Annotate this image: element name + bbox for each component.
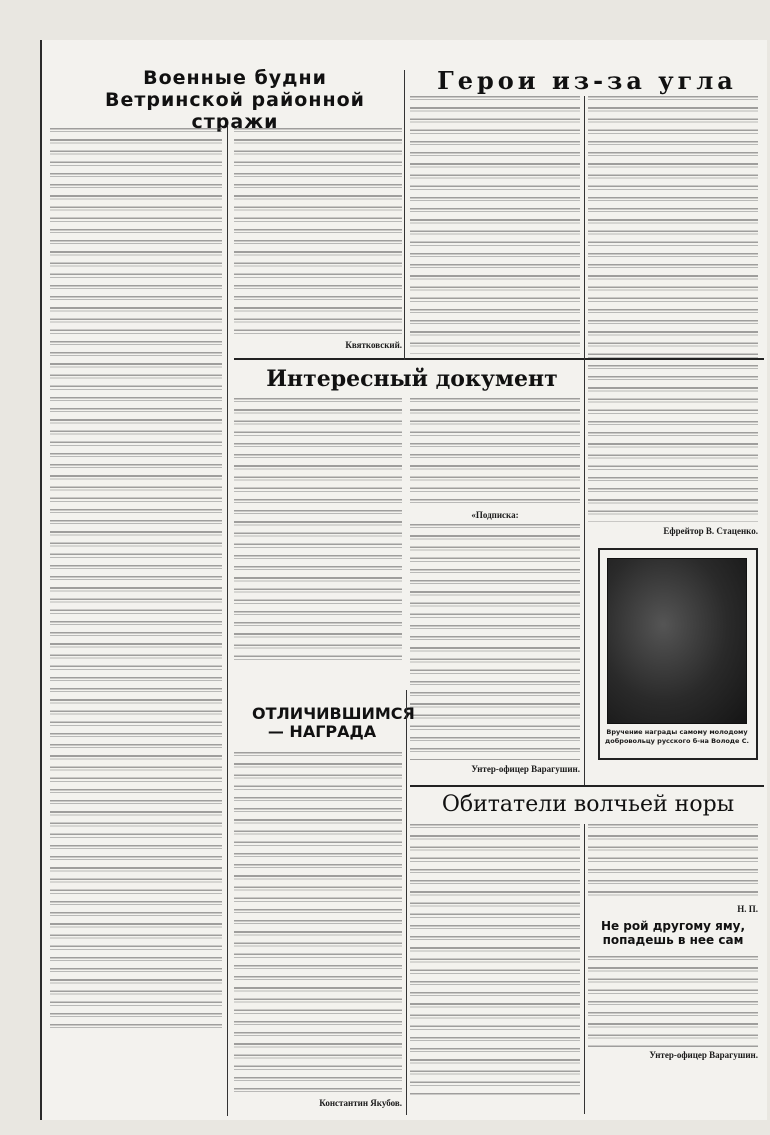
article-2-column-2 (588, 96, 758, 522)
article-5-column-1 (410, 824, 580, 1096)
article-6-byline: Унтер-офицер Варагушин. (588, 1050, 758, 1060)
article-3-column-2b (410, 524, 580, 760)
article-1-column-2 (234, 128, 402, 338)
article-3-subheading: «Подписка: (410, 510, 580, 520)
column-divider (404, 70, 405, 360)
article-2-byline: Ефрейтор В. Стаценко. (588, 526, 758, 536)
photo (607, 558, 747, 724)
article-1-byline: Квятковский. (234, 340, 402, 350)
article-4-byline: Константин Якубов. (234, 1098, 402, 1108)
headline-article-1: Военные будни Ветринской районной стражи (70, 68, 400, 134)
divider (410, 785, 764, 787)
headline-article-6: Не рой другому яму, попадешь в нее сам (598, 920, 748, 948)
column-divider (406, 690, 407, 1115)
article-3-byline: Унтер-офицер Варагушин. (410, 764, 580, 774)
article-3-column-2 (410, 398, 580, 506)
headline-article-2: Герои из-за угла (412, 66, 762, 95)
article-3-column-1 (234, 398, 402, 660)
article-6-column (588, 956, 758, 1048)
article-2-column-1 (410, 96, 580, 354)
newspaper-page: Военные будни Ветринской районной стражи… (40, 40, 767, 1120)
column-divider (584, 96, 585, 786)
headline-article-3: Интересный документ (242, 366, 582, 392)
article-4-column (234, 752, 402, 1092)
photo-caption: Вручение награды самому молодому доброво… (604, 728, 750, 746)
column-divider (584, 824, 585, 1114)
article-5-column-2 (588, 824, 758, 902)
column-divider (227, 126, 228, 1116)
headline-article-5: Обитатели волчьей норы (414, 792, 762, 817)
article-1-column-1 (50, 128, 222, 1028)
headline-article-4: ОТЛИЧИВШИМСЯ — НАГРАДА (252, 705, 392, 742)
article-5-byline: Н. П. (588, 904, 758, 914)
